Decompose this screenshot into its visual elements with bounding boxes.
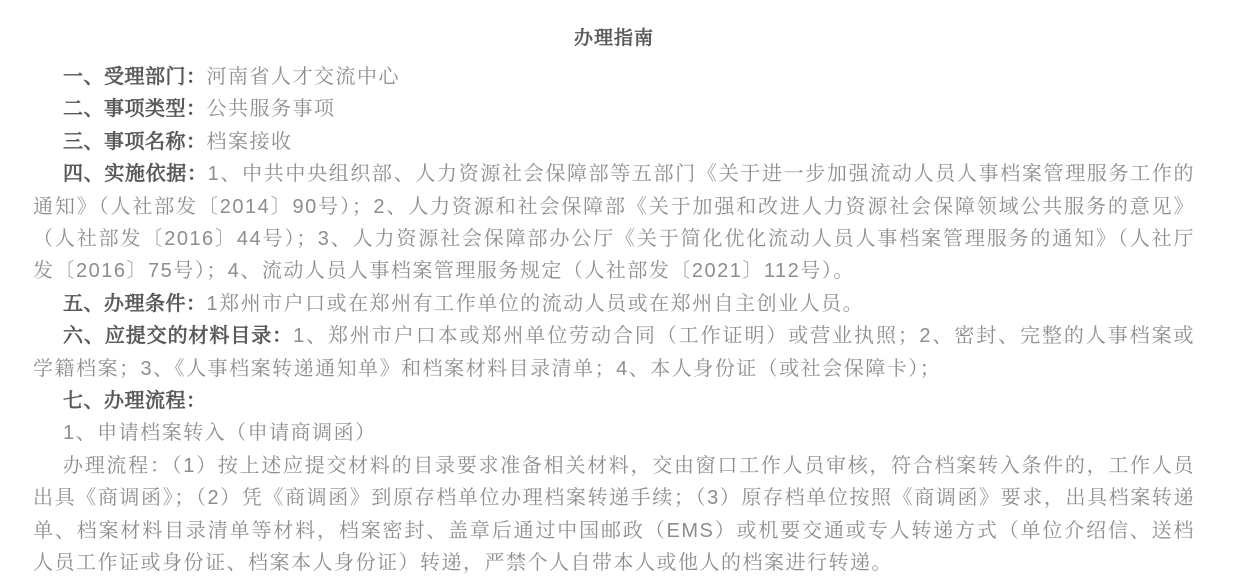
- paragraph: 办理流程：（1）按上述应提交材料的目录要求准备相关材料，交由窗口工作人员审核，符…: [33, 450, 1195, 576]
- section-text: 1、中共中央组织部、人力资源社会保障部等五部门《关于进一步加强流动人员人事档案管…: [33, 163, 1195, 282]
- section-text: 1、申请档案转入（申请商调函）: [63, 422, 377, 444]
- section-label: 五、办理条件：: [63, 293, 207, 315]
- section-label: 一、受理部门：: [63, 66, 207, 88]
- paragraph: 一、受理部门：河南省人才交流中心: [33, 61, 1195, 93]
- section-text: 1郑州市户口或在郑州有工作单位的流动人员或在郑州自主创业人员。: [207, 293, 865, 315]
- paragraph: 四、实施依据：1、中共中央组织部、人力资源社会保障部等五部门《关于进一步加强流动…: [33, 158, 1195, 288]
- paragraph: 1、申请档案转入（申请商调函）: [33, 417, 1195, 449]
- section-label: 六、应提交的材料目录：: [63, 325, 293, 347]
- page-title: 办理指南: [33, 26, 1195, 52]
- section-text: 公共服务事项: [207, 98, 336, 120]
- section-label: 二、事项类型：: [63, 98, 207, 120]
- paragraph: 七、办理流程：: [33, 385, 1195, 417]
- paragraph: 三、事项名称：档案接收: [33, 126, 1195, 158]
- section-label: 三、事项名称：: [63, 131, 207, 153]
- document-body: 一、受理部门：河南省人才交流中心二、事项类型：公共服务事项三、事项名称：档案接收…: [33, 61, 1195, 576]
- section-text: 办理流程：（1）按上述应提交材料的目录要求准备相关材料，交由窗口工作人员审核，符…: [33, 455, 1195, 574]
- section-label: 七、办理流程：: [63, 390, 207, 412]
- section-text: 河南省人才交流中心: [207, 66, 401, 88]
- paragraph: 五、办理条件：1郑州市户口或在郑州有工作单位的流动人员或在郑州自主创业人员。: [33, 288, 1195, 320]
- paragraph: 二、事项类型：公共服务事项: [33, 93, 1195, 125]
- section-text: 档案接收: [207, 131, 293, 153]
- paragraph: 六、应提交的材料目录：1、郑州市户口本或郑州单位劳动合同（工作证明）或营业执照；…: [33, 320, 1195, 385]
- section-label: 四、实施依据：: [63, 163, 208, 185]
- document-page: 办理指南 一、受理部门：河南省人才交流中心二、事项类型：公共服务事项三、事项名称…: [0, 0, 1233, 576]
